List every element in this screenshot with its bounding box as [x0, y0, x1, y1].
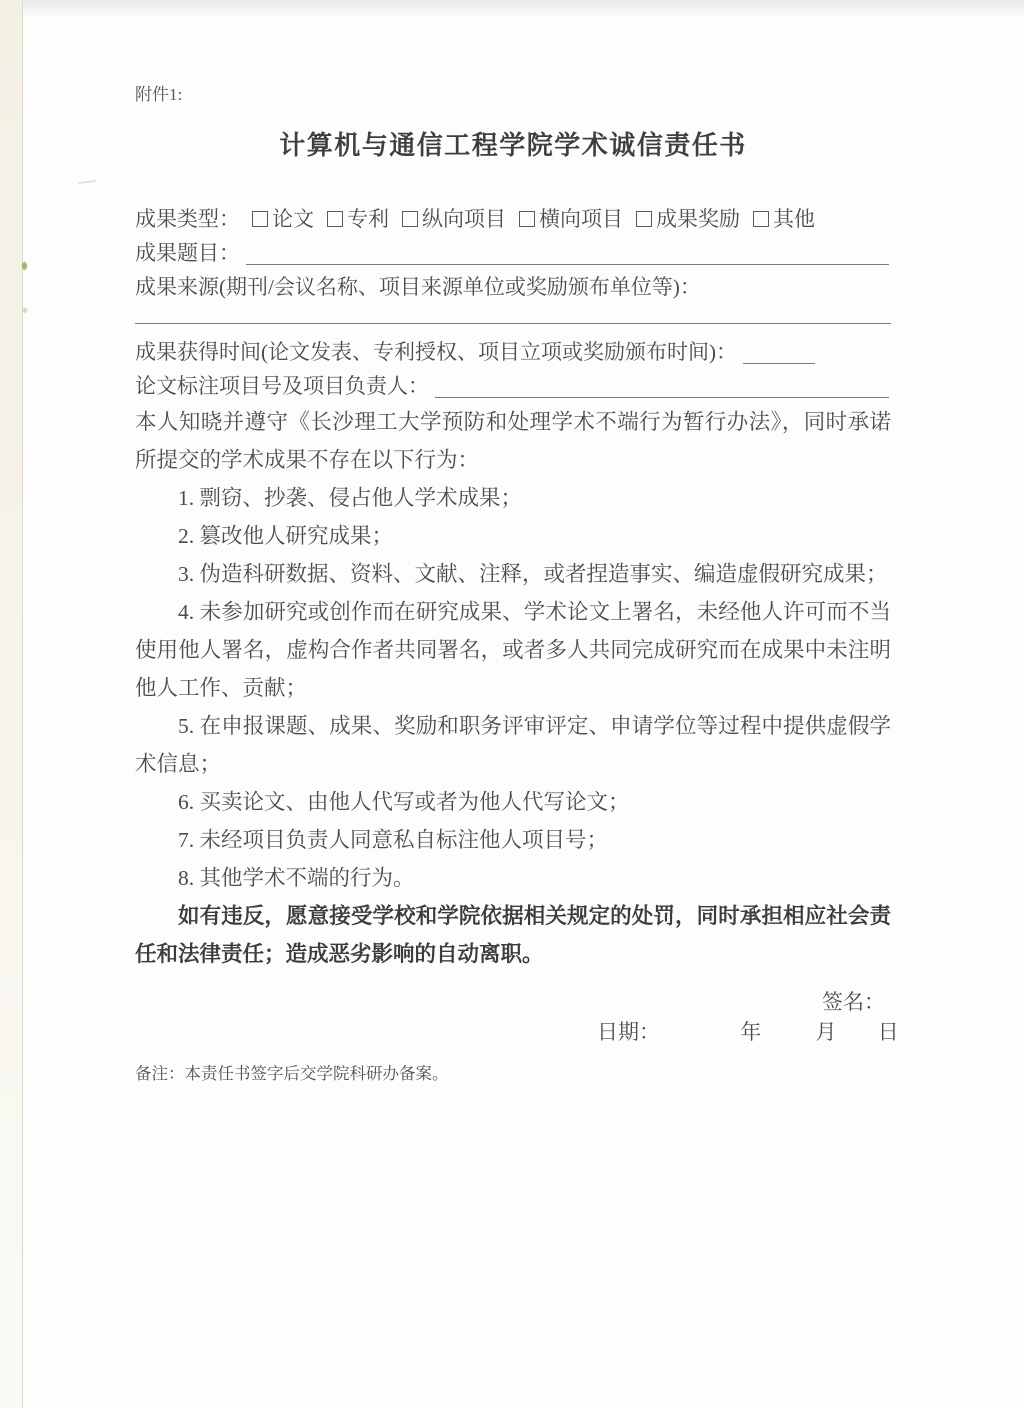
attachment-label: 附件1: [135, 85, 891, 105]
statement-item-6: 6. 买卖论文、由他人代写或者为他人代写论文； [135, 783, 891, 821]
checkbox-option-patent[interactable]: 专利 [327, 202, 389, 236]
result-source-label: 成果来源(期刊/会议名称、项目来源单位或奖励颁布单位等)： [135, 270, 701, 304]
checkbox-icon[interactable] [252, 211, 268, 227]
checkbox-icon[interactable] [519, 211, 535, 227]
year-label: 年 [740, 1020, 761, 1044]
scan-left-edge [0, 0, 23, 1408]
pledge-paragraph: 如有违反，愿意接受学校和学院依据相关规定的处罚，同时承担相应社会责任和法律责任；… [135, 897, 891, 973]
statement-intro: 本人知晓并遵守《长沙理工大学预防和处理学术不端行为暂行办法》，同时承诺所提交的学… [135, 403, 891, 479]
statement-item-7: 7. 未经项目负责人同意私自标注他人项目号； [135, 821, 891, 859]
statement-item-4: 4. 未参加研究或创作而在研究成果、学术论文上署名，未经他人许可而不当使用他人署… [135, 593, 891, 707]
result-source-row: 成果来源(期刊/会议名称、项目来源单位或奖励颁布单位等)： [135, 270, 891, 304]
scan-top-shadow [0, 0, 1024, 18]
page-title: 计算机与通信工程学院学术诚信责任书 [135, 129, 891, 163]
scan-speck [22, 262, 27, 270]
statement-item-5: 5. 在申报课题、成果、奖励和职务评审评定、申请学位等过程中提供虚假学术信息； [135, 707, 891, 783]
signature-row: 签名： [135, 987, 891, 1017]
statement-body: 本人知晓并遵守《长沙理工大学预防和处理学术不端行为暂行办法》，同时承诺所提交的学… [135, 403, 891, 973]
statement-item-2: 2. 篡改他人研究成果； [135, 517, 891, 555]
project-number-label: 论文标注项目号及项目负责人： [135, 369, 429, 403]
checkbox-icon[interactable] [636, 211, 652, 227]
checkbox-label: 纵向项目 [422, 202, 506, 236]
checkbox-label: 专利 [347, 202, 389, 236]
month-label: 月 [816, 1020, 837, 1044]
result-time-label: 成果获得时间(论文发表、专利授权、项目立项或奖励颁布时间)： [135, 335, 737, 369]
checkbox-option-award[interactable]: 成果奖励 [636, 202, 740, 236]
checkbox-option-other[interactable]: 其他 [753, 202, 815, 236]
checkbox-icon[interactable] [402, 211, 418, 227]
checkbox-label: 横向项目 [539, 202, 623, 236]
result-title-label: 成果题目： [135, 236, 240, 270]
checkbox-label: 成果奖励 [656, 202, 740, 236]
result-time-field[interactable] [743, 363, 815, 364]
document-content: 附件1: 计算机与通信工程学院学术诚信责任书 成果类型： 论文 专利 纵向项目 [135, 85, 891, 1085]
scanned-document-page: 附件1: 计算机与通信工程学院学术诚信责任书 成果类型： 论文 专利 纵向项目 [0, 0, 1024, 1408]
statement-item-3: 3. 伪造科研数据、资料、文献、注释，或者捏造事实、编造虚假研究成果； [135, 555, 891, 593]
checkbox-label: 论文 [272, 202, 314, 236]
footer-note: 备注：本责任书签字后交学院科研办备案。 [135, 1063, 891, 1085]
day-label: 日 [878, 1020, 899, 1044]
result-title-field[interactable] [246, 264, 889, 265]
checkbox-icon[interactable] [327, 211, 343, 227]
result-time-row: 成果获得时间(论文发表、专利授权、项目立项或奖励颁布时间)： [135, 335, 891, 369]
scan-speck [23, 308, 27, 313]
statement-item-1: 1. 剽窃、抄袭、侵占他人学术成果； [135, 479, 891, 517]
result-type-label: 成果类型： [135, 202, 240, 236]
date-row: 日期： 年 月 日 [135, 1017, 891, 1047]
signature-label: 签名： [822, 990, 885, 1014]
project-number-field[interactable] [435, 397, 889, 398]
project-number-row: 论文标注项目号及项目负责人： [135, 369, 891, 403]
checkbox-label: 其他 [773, 202, 815, 236]
result-title-row: 成果题目： [135, 236, 891, 270]
statement-item-8: 8. 其他学术不端的行为。 [135, 859, 891, 897]
checkbox-icon[interactable] [753, 211, 769, 227]
checkbox-option-paper[interactable]: 论文 [252, 202, 314, 236]
checkbox-option-horizontal-project[interactable]: 横向项目 [519, 202, 623, 236]
result-source-field[interactable] [135, 304, 891, 324]
scan-smudge [78, 180, 96, 184]
date-label: 日期： [597, 1020, 660, 1044]
result-type-row: 成果类型： 论文 专利 纵向项目 横向项目 [135, 202, 891, 236]
form-fields: 成果类型： 论文 专利 纵向项目 横向项目 [135, 202, 891, 403]
checkbox-option-vertical-project[interactable]: 纵向项目 [402, 202, 506, 236]
